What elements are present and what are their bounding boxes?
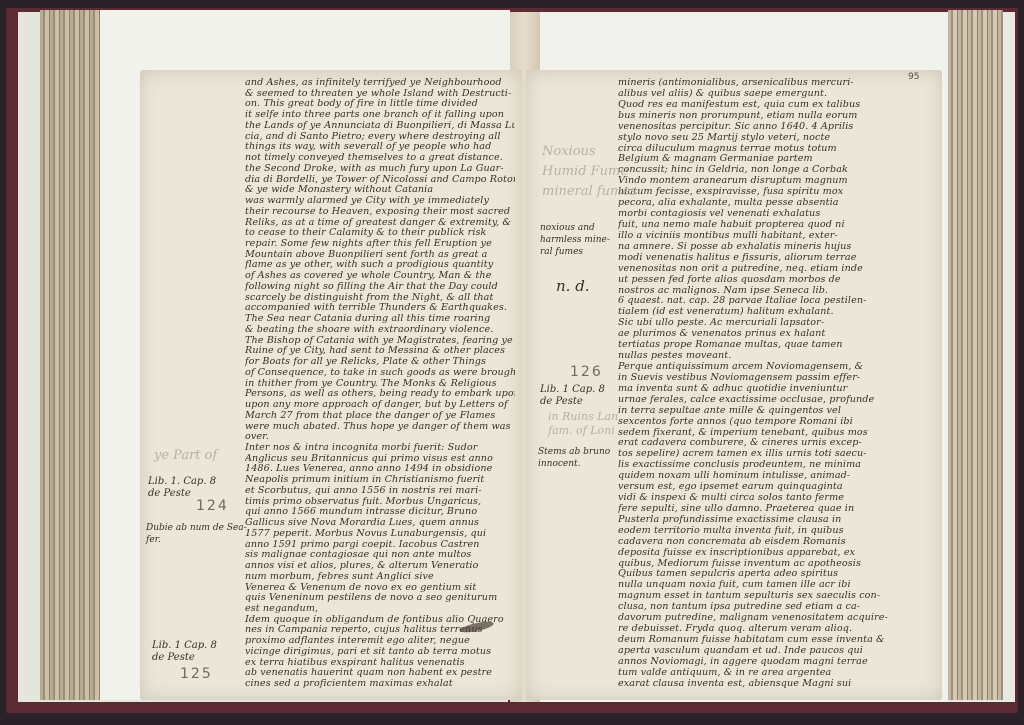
manuscript-line: of Ashes as covered ye whole Country, Ma… — [245, 271, 515, 282]
manuscript-line: & seemed to threaten ye whole Island wit… — [245, 89, 515, 100]
manuscript-line: alibus vel aliis) & quibus saepe emergun… — [618, 89, 934, 100]
pencil-folio-number: 125 — [180, 668, 213, 680]
manuscript-line: Neapolis primum initium in Christianismo… — [245, 475, 515, 486]
manuscript-line: quibus, Mediorum fuisse inventum ac apot… — [618, 559, 934, 570]
manuscript-line: versum est, ego ipsemet earum quinquagin… — [618, 482, 934, 493]
faint-offset-note: Noxious Humid Fume mineral fumes — [542, 142, 637, 202]
manuscript-line: concussit; hinc in Geldria, non longe a … — [618, 165, 934, 176]
pencil-folio-number: 126 — [570, 366, 603, 378]
manuscript-line: vicinge dirigimus, pari et sit tanto ab … — [245, 647, 515, 658]
manuscript-line: nostros ac malignos. Nam ipse Seneca lib… — [618, 286, 934, 297]
manuscript-line: accompanied with terrible Thunders & Ear… — [245, 303, 515, 314]
manuscript-line: aperta vasculum quandam et ud. Inde pauc… — [618, 646, 934, 657]
manuscript-line: March 27 from that place the danger of y… — [245, 411, 515, 422]
manuscript-line: ab venenatis hauerint quam non habent ex… — [245, 668, 515, 679]
manuscript-line: sis malignae contagiosae qui non ante mu… — [245, 550, 515, 561]
manuscript-line: modi venenatis halitus e fissuris, alior… — [618, 253, 934, 264]
page-block-right-edge — [948, 10, 1003, 700]
manuscript-line: bus mineris non prorumpunt, etiam nulla … — [618, 111, 934, 122]
manuscript-line: ex terra hiatibus exspirant halitus vene… — [245, 658, 515, 669]
manuscript-line: est negandum, — [245, 604, 515, 615]
margin-note-reference: Lib. 1 Cap. 8 de Peste — [152, 640, 217, 664]
manuscript-line: quidem noxam ulli hominum intulisse, ani… — [618, 471, 934, 482]
manuscript-line: on. This great body of fire in little ti… — [245, 99, 515, 110]
margin-note-reference: Lib. 1 Cap. 8 de Peste — [540, 384, 605, 408]
manuscript-line: num morbum, febres sunt Anglici sive — [245, 572, 515, 583]
manuscript-line: vidi & inspexi & multi circa solos tanto… — [618, 493, 934, 504]
manuscript-line: tertiatas prope Romanae multas, quae tam… — [618, 340, 934, 351]
manuscript-line: tum valde antiquum, & in re area argente… — [618, 668, 934, 679]
manuscript-line: exarat clausa inventa est, abiensque Mag… — [618, 679, 934, 690]
manuscript-line: Sic ubi ullo peste. Ac mercuriali lapsat… — [618, 318, 934, 329]
manuscript-line: morbi contagiosis vel venenati exhalatus — [618, 209, 934, 220]
manuscript-line: Inter nos & intra incognita morbi fuerit… — [245, 443, 515, 454]
manuscript-line: cia, and di Santo Pietro; every where de… — [245, 132, 515, 143]
manuscript-line: nullas pestes moveant. — [618, 351, 934, 362]
manuscript-line: Gallicus sive Nova Morardia Lues, quem a… — [245, 518, 515, 529]
manuscript-line: Belgium & magnam Germaniae partem — [618, 154, 934, 165]
manuscript-line: deposita fuisse ex inscriptionibus appar… — [618, 548, 934, 559]
manuscript-line: Mountain above Buonpilieri sent forth as… — [245, 250, 515, 261]
pencil-folio-number: 124 — [196, 500, 229, 512]
manuscript-line: quis Veneninum pestilens de novo a seo g… — [245, 593, 515, 604]
manuscript-line: urnae ferales, calce exactissime occlusa… — [618, 395, 934, 406]
manuscript-line: nulla unquam noxia fuit, cum tamen ille … — [618, 580, 934, 591]
manuscript-line: flame as ye other, with such a prodigiou… — [245, 260, 515, 271]
manuscript-line: erat cadavera comburere, & cineres urnis… — [618, 438, 934, 449]
manuscript-line: Vindo montem aranearum disruptum magnum — [618, 176, 934, 187]
manuscript-line: was warmly alarmed ye City with ye immed… — [245, 196, 515, 207]
manuscript-line: 1486. Lues Venerea, anno anno 1494 in ob… — [245, 464, 515, 475]
manuscript-line: Perque antiquissimum arcem Noviomagensem… — [618, 362, 934, 373]
manuscript-line: The Sea near Catania during all this tim… — [245, 314, 515, 325]
manuscript-line: Venerea & Venenum de novo ex eo gentium … — [245, 583, 515, 594]
faint-offset-note: ye Part of — [154, 446, 217, 466]
manuscript-line: sedem fixerant, & imperium tenebant, qui… — [618, 428, 934, 439]
manuscript-line: the Lands of ye Annunciata di Buonpilier… — [245, 121, 515, 132]
faint-offset-note: in Ruins Lan fam. of Loni — [548, 410, 618, 438]
manuscript-line: tialem (id est veneratum) halitum exhala… — [618, 307, 934, 318]
manuscript-line: Persons, as well as others, being ready … — [245, 389, 515, 400]
manuscript-line: lis exactissime conclusis prodeuntem, ne… — [618, 460, 934, 471]
manuscript-line: in Suevis vestibus Noviomagensem passim … — [618, 373, 934, 384]
manuscript-line: 1577 peperit. Morbus Novus Lunaburgensis… — [245, 529, 515, 540]
manuscript-line: The Bishop of Catania with ye Magistrate… — [245, 336, 515, 347]
manuscript-line: Anglicus seu Britannicus qui primo visus… — [245, 454, 515, 465]
manuscript-line: et Scorbutus, qui anno 1556 in nostris r… — [245, 486, 515, 497]
page-block-left-edge — [40, 10, 100, 700]
manuscript-line: circa diluculum magnus terrae motus totu… — [618, 144, 934, 155]
manuscript-line: things its way, with severall of ye peop… — [245, 142, 515, 153]
manuscript-line: the Second Droke, with as much fury upon… — [245, 164, 515, 175]
manuscript-page-left: and Ashes, as infinitely terrifyed ye Ne… — [140, 70, 522, 700]
manuscript-line: magnum esset in tantum sepulturis sex sa… — [618, 591, 934, 602]
manuscript-line: were much abated. Thus hope ye danger of… — [245, 422, 515, 433]
margin-note-annotation: Dubie ab num de Sea- fer. — [146, 522, 247, 546]
manuscript-line: to cease to their Calamity & to their pu… — [245, 228, 515, 239]
manuscript-line: re debuisset. Fryda quoq. alterum veram … — [618, 624, 934, 635]
manuscript-line: it selfe into three parts one branch of … — [245, 110, 515, 121]
manuscript-line: pecora, alia exhalante, multa pesse abse… — [618, 198, 934, 209]
manuscript-line: upon any more approach of danger, but by… — [245, 400, 515, 411]
manuscript-line: ma inventa sunt & adhuc quotidie inveniu… — [618, 384, 934, 395]
manuscript-line: proximo adflantes interemit ego aliter, … — [245, 636, 515, 647]
manuscript-line: & beating the shoare with extraordinary … — [245, 325, 515, 336]
manuscript-line: timis primo observatus fuit. Morbus Unga… — [245, 497, 515, 508]
manuscript-line: venenositas percipitur. Sic anno 1640. 4… — [618, 122, 934, 133]
manuscript-line: Pusterla profundissime exactissime claus… — [618, 515, 934, 526]
manuscript-line: not timely conveyed themselves to a grea… — [245, 153, 515, 164]
manuscript-line: fuit, una nemo male habuit propterea quo… — [618, 220, 934, 231]
manuscript-line: annos Noviomagi, in aggere quodam magni … — [618, 657, 934, 668]
manuscript-line: illo a viciniis montibus mulli habitant,… — [618, 231, 934, 242]
manuscript-line: cadavera non concremata ab eisdem Romani… — [618, 537, 934, 548]
manuscript-line: of Consequence, to take in such goods as… — [245, 368, 515, 379]
manuscript-line: davorum putredine, malignam venenositate… — [618, 613, 934, 624]
manuscript-line: mineris (antimonialibus, arsenicalibus m… — [618, 78, 934, 89]
manuscript-line: following night so filling the Air that … — [245, 282, 515, 293]
manuscript-line: anno 1591 primo pargi coepit. Iacobus Ca… — [245, 540, 515, 551]
manuscript-line: qui anno 1566 mundum intrasse dicitur, B… — [245, 507, 515, 518]
manuscript-page-right: 95 mineris (antimonialibus, arsenicalibu… — [526, 70, 942, 700]
manuscript-line: fere sepulti, sine ullo damno. Praeterea… — [618, 504, 934, 515]
manuscript-line: stylo novo seu 25 Martij stylo veteri, n… — [618, 133, 934, 144]
manuscript-line: over. — [245, 432, 515, 443]
manuscript-line: venenositas non orit a putredine, neq. e… — [618, 264, 934, 275]
manuscript-line: Reliks, as at a time of greatest danger … — [245, 218, 515, 229]
manuscript-line: eodem territorio multa inventa fuit, in … — [618, 526, 934, 537]
margin-note-reference: Lib. 1. Cap. 8 de Peste — [148, 476, 216, 500]
manuscript-line: dia di Bordelli, ye Tower of Nicolossi a… — [245, 175, 515, 186]
manuscript-line: Quod res ea manifestum est, quia cum ex … — [618, 100, 934, 111]
manuscript-line: in terra sepultae ante mille & quingento… — [618, 406, 934, 417]
manuscript-line: cines sed a proficientem maximas exhalat — [245, 679, 515, 690]
manuscript-line: Ruine of ye City, had sent to Messina & … — [245, 346, 515, 357]
margin-note-nd: n. d. — [556, 280, 590, 292]
right-page-body: mineris (antimonialibus, arsenicalibus m… — [618, 78, 934, 690]
manuscript-line: their recourse to Heaven, exposing their… — [245, 207, 515, 218]
manuscript-line: repair. Some few nights after this fell … — [245, 239, 515, 250]
left-page-body: and Ashes, as infinitely terrifyed ye Ne… — [245, 78, 515, 690]
manuscript-line: sexcentos forte annos (quo tempore Roman… — [618, 417, 934, 428]
manuscript-line: annos visi et alios, plures, & alterum V… — [245, 561, 515, 572]
manuscript-line: ut pessen fed forte alios quosdam morbos… — [618, 275, 934, 286]
manuscript-line: na amnere. Si posse ab exhalatis mineris… — [618, 242, 934, 253]
manuscript-line: & ye wide Monastery without Catania — [245, 185, 515, 196]
margin-note-gloss: noxious and harmless mine- ral fumes — [540, 222, 610, 258]
manuscript-line: hiatum fecisse, exspiravisse, fusa spiri… — [618, 187, 934, 198]
manuscript-line: tos sepelire) acrem tamen ex illis urnis… — [618, 449, 934, 460]
manuscript-line: 6 quaest. nat. cap. 28 parvae Italiae lo… — [618, 296, 934, 307]
manuscript-line: Quibus tamen sepulcris aperta adeo spiri… — [618, 569, 934, 580]
manuscript-line: for Boats for all ye Relicks, Plate & ot… — [245, 357, 515, 368]
manuscript-line: deum Romanum fuisse habitatam cum esse i… — [618, 635, 934, 646]
manuscript-line: and Ashes, as infinitely terrifyed ye Ne… — [245, 78, 515, 89]
manuscript-line: clusa, non tantum ipsa putredine sed eti… — [618, 602, 934, 613]
manuscript-line: in thither from ye Country. The Monks & … — [245, 379, 515, 390]
manuscript-line: ae plurimos & venenatos prinus ex halant — [618, 329, 934, 340]
manuscript-line: scarcely be distinguisht from the Night,… — [245, 293, 515, 304]
margin-note-annotation: Stems ab bruno innocent. — [538, 446, 610, 470]
